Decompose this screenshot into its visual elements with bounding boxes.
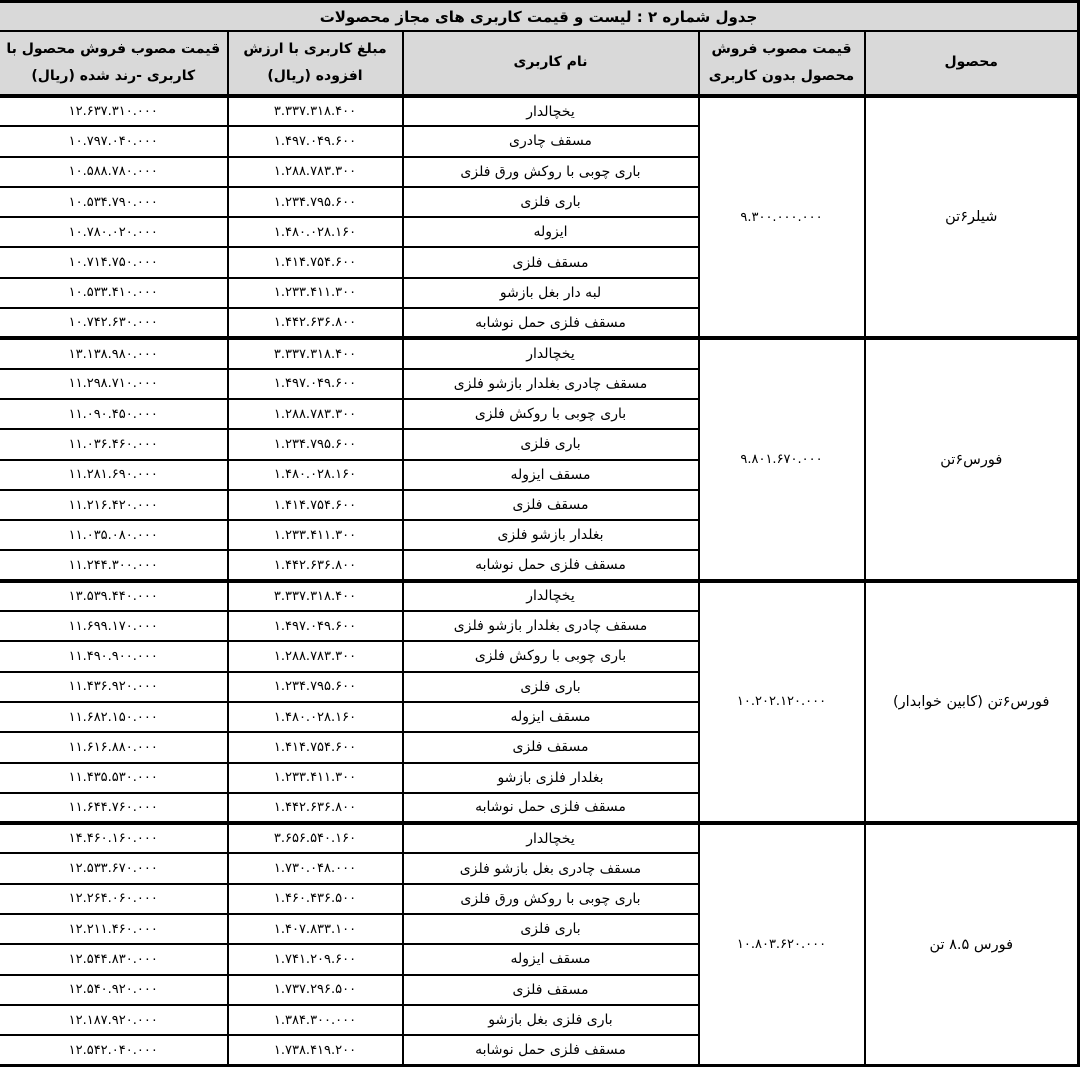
table-row: فورس۶تن (کابین خوابدار)۱۰.۲۰۲.۱۲۰.۰۰۰یخچ… <box>0 581 1079 611</box>
usage-amount-cell: ۱.۲۸۸.۷۸۳.۳۰۰ <box>228 399 403 429</box>
usage-amount-cell: ۱.۲۳۳.۴۱۱.۳۰۰ <box>228 763 403 793</box>
price-with-usage-cell: ۱۱.۰۳۶.۴۶۰.۰۰۰ <box>0 429 228 459</box>
usage-name-cell: مسقف فلزی <box>403 732 699 762</box>
usage-name-cell: بغلدار فلزی بازشو <box>403 763 699 793</box>
usage-name-cell: مسقف ایزوله <box>403 944 699 974</box>
base-price-cell: ۱۰.۸۰۳.۶۲۰.۰۰۰ <box>699 823 865 1065</box>
usage-name-cell: مسقف چادری بغلدار بازشو فلزی <box>403 369 699 399</box>
usage-name-cell: لبه دار بغل بازشو <box>403 278 699 308</box>
usage-amount-cell: ۱.۲۳۴.۷۹۵.۶۰۰ <box>228 187 403 217</box>
usage-name-cell: مسقف فلزی <box>403 490 699 520</box>
usage-name-cell: مسقف چادری بغلدار بازشو فلزی <box>403 611 699 641</box>
usage-amount-cell: ۱.۴۰۷.۸۳۳.۱۰۰ <box>228 914 403 944</box>
price-with-usage-cell: ۱۰.۷۸۰.۰۲۰.۰۰۰ <box>0 217 228 247</box>
usage-name-cell: مسقف فلزی <box>403 247 699 277</box>
usage-name-cell: مسقف فلزی <box>403 975 699 1005</box>
price-with-usage-cell: ۱۰.۵۸۸.۷۸۰.۰۰۰ <box>0 157 228 187</box>
price-with-usage-cell: ۱۲.۵۴۰.۹۲۰.۰۰۰ <box>0 975 228 1005</box>
usage-name-cell: مسقف فلزی حمل نوشابه <box>403 1035 699 1065</box>
price-with-usage-cell: ۱۱.۴۳۵.۵۳۰.۰۰۰ <box>0 763 228 793</box>
usage-name-cell: مسقف فلزی حمل نوشابه <box>403 550 699 580</box>
usage-name-cell: باری فلزی <box>403 187 699 217</box>
price-with-usage-cell: ۱۲.۲۶۴.۰۶۰.۰۰۰ <box>0 884 228 914</box>
usage-name-cell: بغلدار بازشو فلزی <box>403 520 699 550</box>
price-with-usage-cell: ۱۲.۱۸۷.۹۲۰.۰۰۰ <box>0 1005 228 1035</box>
usage-amount-cell: ۱.۴۹۷.۰۴۹.۶۰۰ <box>228 369 403 399</box>
usage-name-cell: مسقف فلزی حمل نوشابه <box>403 308 699 338</box>
table-header-row: محصول قیمت مصوب فروش محصول بدون کاربری ن… <box>0 31 1079 96</box>
usage-name-cell: باری چوبی با روکش فلزی <box>403 641 699 671</box>
usage-amount-cell: ۱.۴۴۲.۶۳۶.۸۰۰ <box>228 793 403 823</box>
usage-amount-cell: ۱.۲۸۸.۷۸۳.۳۰۰ <box>228 641 403 671</box>
price-with-usage-cell: ۱۳.۵۳۹.۴۴۰.۰۰۰ <box>0 581 228 611</box>
table-title-row: جدول شماره ۲ : لیست و قیمت کاربری های مج… <box>0 2 1079 32</box>
price-with-usage-cell: ۱۲.۵۴۲.۰۴۰.۰۰۰ <box>0 1035 228 1065</box>
price-with-usage-cell: ۱۲.۵۳۳.۶۷۰.۰۰۰ <box>0 853 228 883</box>
usage-amount-cell: ۱.۴۸۰.۰۲۸.۱۶۰ <box>228 217 403 247</box>
usage-amount-cell: ۱.۳۸۴.۳۰۰.۰۰۰ <box>228 1005 403 1035</box>
price-with-usage-cell: ۱۱.۴۳۶.۹۲۰.۰۰۰ <box>0 672 228 702</box>
price-with-usage-cell: ۱۱.۲۴۴.۳۰۰.۰۰۰ <box>0 550 228 580</box>
base-price-cell: ۹.۳۰۰.۰۰۰.۰۰۰ <box>699 96 865 338</box>
table-row: شیلر۶تن۹.۳۰۰.۰۰۰.۰۰۰یخچالدار۳.۳۳۷.۳۱۸.۴۰… <box>0 96 1079 126</box>
usage-amount-cell: ۱.۲۳۴.۷۹۵.۶۰۰ <box>228 672 403 702</box>
usage-name-cell: ایزوله <box>403 217 699 247</box>
usage-name-cell: باری چوبی با روکش فلزی <box>403 399 699 429</box>
product-usage-price-table: جدول شماره ۲ : لیست و قیمت کاربری های مج… <box>0 0 1080 1067</box>
usage-amount-cell: ۳.۳۳۷.۳۱۸.۴۰۰ <box>228 581 403 611</box>
column-header-usage-amount: مبلغ کاربری با ارزش افزوده (ریال) <box>228 31 403 96</box>
price-with-usage-cell: ۱۲.۶۳۷.۳۱۰.۰۰۰ <box>0 96 228 126</box>
usage-amount-cell: ۱.۴۱۴.۷۵۴.۶۰۰ <box>228 732 403 762</box>
price-with-usage-cell: ۱۳.۱۳۸.۹۸۰.۰۰۰ <box>0 338 228 368</box>
usage-amount-cell: ۳.۳۳۷.۳۱۸.۴۰۰ <box>228 338 403 368</box>
price-with-usage-cell: ۱۱.۲۹۸.۷۱۰.۰۰۰ <box>0 369 228 399</box>
usage-amount-cell: ۱.۴۹۷.۰۴۹.۶۰۰ <box>228 611 403 641</box>
usage-name-cell: یخچالدار <box>403 581 699 611</box>
usage-name-cell: مسقف چادری بغل بازشو فلزی <box>403 853 699 883</box>
price-with-usage-cell: ۱۱.۰۳۵.۰۸۰.۰۰۰ <box>0 520 228 550</box>
price-with-usage-cell: ۱۰.۷۹۷.۰۴۰.۰۰۰ <box>0 126 228 156</box>
usage-amount-cell: ۳.۳۳۷.۳۱۸.۴۰۰ <box>228 96 403 126</box>
usage-amount-cell: ۱.۴۱۴.۷۵۴.۶۰۰ <box>228 247 403 277</box>
usage-amount-cell: ۱.۲۳۳.۴۱۱.۳۰۰ <box>228 278 403 308</box>
column-header-usage-name: نام کاربری <box>403 31 699 96</box>
price-with-usage-cell: ۱۰.۷۴۲.۶۳۰.۰۰۰ <box>0 308 228 338</box>
usage-name-cell: مسقف چادری <box>403 126 699 156</box>
usage-amount-cell: ۱.۲۳۴.۷۹۵.۶۰۰ <box>228 429 403 459</box>
base-price-cell: ۹.۸۰۱.۶۷۰.۰۰۰ <box>699 338 865 580</box>
usage-amount-cell: ۳.۶۵۶.۵۴۰.۱۶۰ <box>228 823 403 853</box>
price-with-usage-cell: ۱۴.۴۶۰.۱۶۰.۰۰۰ <box>0 823 228 853</box>
table-row: فورس ۸.۵ تن۱۰.۸۰۳.۶۲۰.۰۰۰یخچالدار۳.۶۵۶.۵… <box>0 823 1079 853</box>
price-with-usage-cell: ۱۱.۶۹۹.۱۷۰.۰۰۰ <box>0 611 228 641</box>
usage-name-cell: باری فلزی <box>403 914 699 944</box>
price-with-usage-cell: ۱۰.۵۳۴.۷۹۰.۰۰۰ <box>0 187 228 217</box>
column-header-base-price: قیمت مصوب فروش محصول بدون کاربری <box>699 31 865 96</box>
price-with-usage-cell: ۱۲.۲۱۱.۴۶۰.۰۰۰ <box>0 914 228 944</box>
usage-amount-cell: ۱.۷۳۸.۴۱۹.۲۰۰ <box>228 1035 403 1065</box>
usage-name-cell: باری فلزی بغل بازشو <box>403 1005 699 1035</box>
usage-name-cell: باری چوبی با روکش ورق فلزی <box>403 157 699 187</box>
usage-name-cell: باری فلزی <box>403 672 699 702</box>
usage-name-cell: باری فلزی <box>403 429 699 459</box>
usage-amount-cell: ۱.۲۳۳.۴۱۱.۳۰۰ <box>228 520 403 550</box>
usage-name-cell: یخچالدار <box>403 823 699 853</box>
price-with-usage-cell: ۱۱.۲۸۱.۶۹۰.۰۰۰ <box>0 460 228 490</box>
price-with-usage-cell: ۱۲.۵۴۴.۸۳۰.۰۰۰ <box>0 944 228 974</box>
table-body: شیلر۶تن۹.۳۰۰.۰۰۰.۰۰۰یخچالدار۳.۳۳۷.۳۱۸.۴۰… <box>0 96 1079 1066</box>
usage-amount-cell: ۱.۷۳۰.۰۴۸.۰۰۰ <box>228 853 403 883</box>
usage-amount-cell: ۱.۴۹۷.۰۴۹.۶۰۰ <box>228 126 403 156</box>
usage-amount-cell: ۱.۷۴۱.۲۰۹.۶۰۰ <box>228 944 403 974</box>
product-cell: فورس۶تن (کابین خوابدار) <box>865 581 1079 823</box>
usage-amount-cell: ۱.۴۴۲.۶۳۶.۸۰۰ <box>228 308 403 338</box>
price-with-usage-cell: ۱۱.۶۱۶.۸۸۰.۰۰۰ <box>0 732 228 762</box>
usage-amount-cell: ۱.۴۱۴.۷۵۴.۶۰۰ <box>228 490 403 520</box>
table-row: فورس۶تن۹.۸۰۱.۶۷۰.۰۰۰یخچالدار۳.۳۳۷.۳۱۸.۴۰… <box>0 338 1079 368</box>
price-with-usage-cell: ۱۰.۷۱۴.۷۵۰.۰۰۰ <box>0 247 228 277</box>
column-header-price-with-usage: قیمت مصوب فروش محصول با کاربری -رند شده … <box>0 31 228 96</box>
product-cell: شیلر۶تن <box>865 96 1079 338</box>
usage-name-cell: باری چوبی با روکش ورق فلزی <box>403 884 699 914</box>
price-with-usage-cell: ۱۱.۶۴۴.۷۶۰.۰۰۰ <box>0 793 228 823</box>
usage-amount-cell: ۱.۴۴۲.۶۳۶.۸۰۰ <box>228 550 403 580</box>
price-with-usage-cell: ۱۰.۵۳۳.۴۱۰.۰۰۰ <box>0 278 228 308</box>
usage-name-cell: مسقف ایزوله <box>403 702 699 732</box>
usage-name-cell: یخچالدار <box>403 96 699 126</box>
usage-amount-cell: ۱.۷۳۷.۲۹۶.۵۰۰ <box>228 975 403 1005</box>
usage-amount-cell: ۱.۲۸۸.۷۸۳.۳۰۰ <box>228 157 403 187</box>
usage-name-cell: مسقف ایزوله <box>403 460 699 490</box>
product-cell: فورس۶تن <box>865 338 1079 580</box>
price-with-usage-cell: ۱۱.۴۹۰.۹۰۰.۰۰۰ <box>0 641 228 671</box>
column-header-product: محصول <box>865 31 1079 96</box>
table-title: جدول شماره ۲ : لیست و قیمت کاربری های مج… <box>0 2 1079 32</box>
base-price-cell: ۱۰.۲۰۲.۱۲۰.۰۰۰ <box>699 581 865 823</box>
product-cell: فورس ۸.۵ تن <box>865 823 1079 1065</box>
price-with-usage-cell: ۱۱.۲۱۶.۴۲۰.۰۰۰ <box>0 490 228 520</box>
price-with-usage-cell: ۱۱.۶۸۲.۱۵۰.۰۰۰ <box>0 702 228 732</box>
usage-amount-cell: ۱.۴۸۰.۰۲۸.۱۶۰ <box>228 460 403 490</box>
usage-name-cell: یخچالدار <box>403 338 699 368</box>
price-with-usage-cell: ۱۱.۰۹۰.۴۵۰.۰۰۰ <box>0 399 228 429</box>
usage-amount-cell: ۱.۴۶۰.۴۳۶.۵۰۰ <box>228 884 403 914</box>
usage-amount-cell: ۱.۴۸۰.۰۲۸.۱۶۰ <box>228 702 403 732</box>
usage-name-cell: مسقف فلزی حمل نوشابه <box>403 793 699 823</box>
